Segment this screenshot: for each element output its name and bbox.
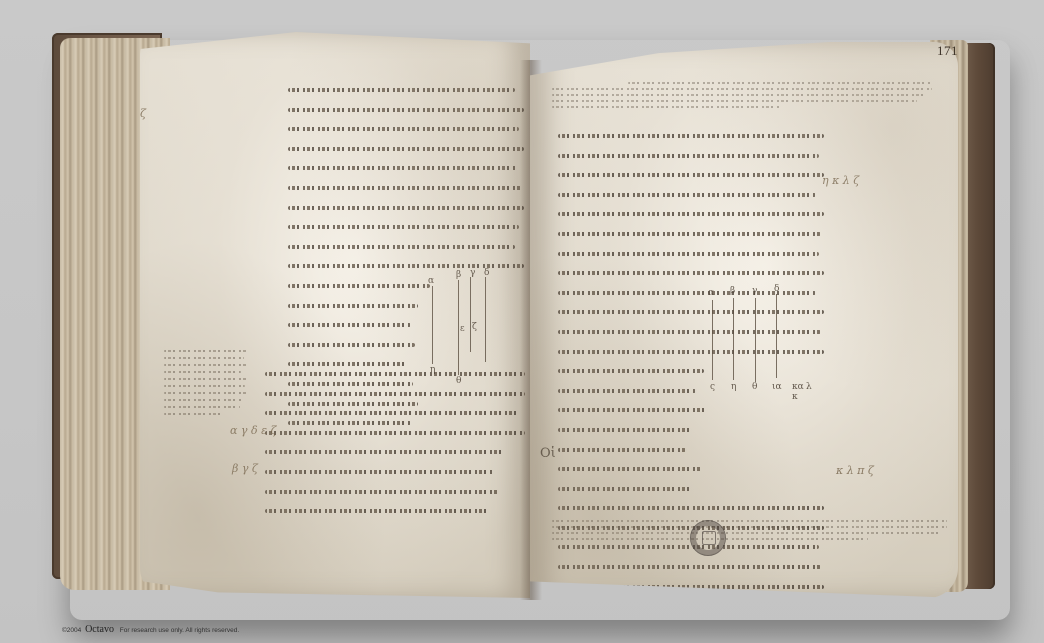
diagram-label: κα	[792, 382, 804, 392]
library-stamp-icon	[690, 520, 726, 556]
copyright-year: ©2004	[62, 627, 81, 634]
diagram-label: δ	[774, 284, 779, 294]
diagram-label: θ	[752, 382, 757, 392]
left-page: α β γ δ ε ζ η θ α γ δ ε ζ β γ ζ ζ	[140, 32, 530, 598]
diagram-label: α	[428, 276, 434, 286]
diagram-label: δ	[484, 268, 489, 278]
credit-line: ©2004 Octavo For research use only. All …	[62, 624, 239, 635]
diagram-label: β	[730, 286, 735, 296]
margin-numerals: κ λ π ζ	[836, 464, 874, 477]
initial-letter: Οἱ	[540, 446, 556, 461]
diagram-label: γ	[752, 286, 757, 296]
diagram-label: ς	[710, 382, 715, 392]
stamp-emblem-icon	[702, 531, 716, 545]
diagram-label: β	[456, 270, 461, 280]
diagram-label: λ	[806, 382, 812, 392]
publisher-brand: Octavo	[85, 624, 114, 635]
rights-notice: For research use only. All rights reserv…	[120, 627, 239, 634]
diagram-label: η	[731, 382, 736, 392]
diagram-label: ζ	[472, 322, 477, 332]
left-page-lower-text	[265, 372, 525, 529]
margin-numerals: α γ δ ε ζ	[230, 424, 276, 437]
diagram-label: κ	[792, 392, 798, 402]
right-page-bottom-scholia	[552, 520, 947, 544]
margin-numerals: η κ λ ζ	[822, 174, 859, 187]
diagram-label: ια	[772, 382, 782, 392]
diagram-label: ε	[460, 324, 465, 334]
left-margin-scholion	[164, 350, 248, 420]
diagram-label: α	[708, 288, 714, 298]
diagram-label: θ	[456, 376, 461, 386]
diagram-label: η	[430, 365, 435, 375]
manuscript-photo: α β γ δ ε ζ η θ α γ δ ε ζ β γ ζ ζ	[0, 0, 1044, 643]
folio-number: 171	[937, 43, 958, 59]
margin-numerals: β γ ζ	[232, 462, 258, 475]
right-page: Οἱ α β γ δ ς η θ ια κα κ λ η κ λ ζ κ λ π…	[530, 42, 958, 598]
right-page-top-scholia	[552, 82, 932, 112]
margin-numerals: ζ	[140, 107, 146, 120]
diagram-label: γ	[470, 268, 475, 278]
